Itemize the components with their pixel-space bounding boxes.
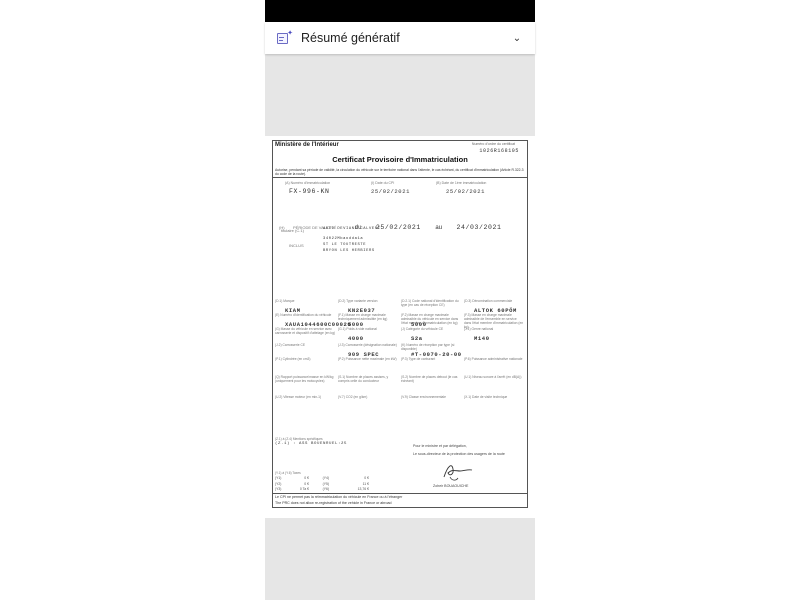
footer-en: The PRC does not allow re-registration o… <box>275 501 391 505</box>
field-label: (D.2.1) Code national d'identification d… <box>401 299 461 307</box>
field-label: (S.1) Nombre de places assises, y compri… <box>338 375 398 383</box>
chevron-down-icon[interactable]: ⌄ <box>505 33 529 44</box>
field-value: S2a <box>411 335 423 342</box>
field-label: (D.3) Dénomination commerciale <box>464 299 524 303</box>
vehicle-field: (D.2) Type variante version <box>338 299 398 303</box>
first-reg-label: (B) Date de 1ère immatriculation <box>436 181 486 185</box>
validity-from: 25/02/2021 <box>376 224 421 231</box>
signature-line1: Pour le ministre et par délégation, <box>413 444 467 448</box>
vehicle-field: (P.3) Type de carburant <box>401 357 461 361</box>
field-label: (S.2) Nombre de places debout (le cas éc… <box>401 375 461 383</box>
vehicle-field: (J.2) Carrosserie CE <box>275 343 335 347</box>
field-label: (G) Masse du véhicule en service avec ca… <box>275 327 335 335</box>
vehicle-field: (U.1) Niveau sonore à l'arrêt (en dB(A)) <box>464 375 524 379</box>
vehicle-field: (V.9) Classe environnementale <box>401 395 461 399</box>
field-value: 4000 <box>348 335 364 342</box>
status-bar <box>265 0 535 22</box>
field-label: (F.1) Masse en charge maximale technique… <box>338 313 398 321</box>
holder-label: titulaire (C.1) <box>281 228 304 233</box>
vehicle-field: (P.1) Cylindrée (en cm3) <box>275 357 335 361</box>
field-label: (K) Numéro de réception par type (si dis… <box>401 343 461 351</box>
document-page: Ministère de l'Intérieur Numéro d'ordre … <box>265 136 535 518</box>
vehicle-field: (V.7) CO2 (en g/km) <box>338 395 398 399</box>
first-reg-date: 25/02/2021 <box>446 188 486 195</box>
vehicle-field: (D.1) Marque <box>275 299 335 303</box>
vehicle-field: (F.2) Masse en charge maximale admissibl… <box>401 313 461 325</box>
field-value: M140 <box>474 335 490 342</box>
field-label: (J) Catégorie du véhicule CE <box>401 327 461 331</box>
field-label: (U.1) Niveau sonore à l'arrêt (en dB(A)) <box>464 375 524 379</box>
mentions-value: (Z.1) : ASS BOUENRUEL:25 <box>275 442 347 446</box>
vehicle-field: (P.2) Puissance nette maximale (en kW) <box>338 357 398 361</box>
tax-cell: 0 Ta € <box>285 487 309 493</box>
vehicle-field: (G.1) Poids à vide national <box>338 327 398 331</box>
field-label: (Q) Rapport puissance/masse en kW/kg (un… <box>275 375 335 383</box>
divider <box>273 493 527 494</box>
vehicle-field: (S.2) Nombre de places debout (le cas éc… <box>401 375 461 383</box>
vehicle-field: (J) Catégorie du véhicule CE <box>401 327 461 331</box>
field-label: (P.2) Puissance nette maximale (en kW) <box>338 357 398 361</box>
vehicle-field: (E) Numéro d'identification du véhicule <box>275 313 335 317</box>
signature-line2: Le sous-directeur de la protection des u… <box>413 452 505 456</box>
divider <box>273 177 527 178</box>
signature-image <box>438 459 478 483</box>
field-label: (J.3) Carrosserie (désignation nationale… <box>338 343 398 347</box>
field-label: (V.7) CO2 (en g/km) <box>338 395 398 399</box>
field-label: (G.1) Poids à vide national <box>338 327 398 331</box>
validity-to: 24/03/2021 <box>457 224 502 231</box>
field-label: (P.6) Puissance administrative nationale <box>464 357 524 361</box>
vehicle-field: (U.2) Vitesse moteur (en min-1) <box>275 395 335 399</box>
vehicle-field: (J.1) Genre national <box>464 327 524 331</box>
vehicle-field: (K) Numéro de réception par type (si dis… <box>401 343 461 351</box>
tax-cell: (Y6) <box>309 487 329 493</box>
mobile-viewer: ✦ Résumé génératif ⌄ Ministère de l'Inté… <box>265 0 535 600</box>
ai-summary-icon: ✦ <box>277 32 291 44</box>
vehicle-field: (D.2.1) Code national d'identification d… <box>401 299 461 307</box>
mentions-label: (Z.1) à (Z.4) Mentions spécifiques <box>275 437 323 441</box>
vehicle-field: (Q) Rapport puissance/masse en kW/kg (un… <box>275 375 335 383</box>
page-gap-bottom <box>265 518 535 600</box>
tax-cell: (Y3) <box>275 487 285 493</box>
registration-number: FX-996-KN <box>289 188 330 195</box>
vehicle-field: (G) Masse du véhicule en service avec ca… <box>275 327 335 335</box>
authorization-text: Autorise, pendant sa période de validité… <box>275 168 525 177</box>
tax-row: (Y3)0 Ta €(Y6)13,76 € <box>275 487 375 493</box>
ministry-name: Ministère de l'Intérieur <box>275 142 339 148</box>
vehicle-field: (X.1) Date de visite technique <box>464 395 524 399</box>
taxes-label: (Y.1) à (Y.6) Taxes <box>275 471 301 475</box>
vehicle-fields: (D.1) MarqueKIAM(D.2) Type variante vers… <box>275 299 527 449</box>
page-gap-top <box>265 54 535 136</box>
field-label: (P.1) Cylindrée (en cm3) <box>275 357 335 361</box>
field-label: (X.1) Date de visite technique <box>464 395 524 399</box>
field-label: (P.3) Type de carburant <box>401 357 461 361</box>
vehicle-field: (S.1) Nombre de places assises, y compri… <box>338 375 398 383</box>
field-label: (V.9) Classe environnementale <box>401 395 461 399</box>
field-label: (F.2) Masse en charge maximale admissibl… <box>401 313 461 325</box>
certificate-title: Certificat Provisoire d'Immatriculation <box>273 155 527 164</box>
field-label: (J.2) Carrosserie CE <box>275 343 335 347</box>
field-label: (U.2) Vitesse moteur (en min-1) <box>275 395 335 399</box>
signatory-name: Zoheir BOUAOUICHE <box>433 484 468 488</box>
cpi-date-label: (I) Date du CPI <box>371 181 410 185</box>
footer-fr: Le CPI ne permet pas la réimmatriculatio… <box>275 495 402 499</box>
generative-summary-bar[interactable]: ✦ Résumé génératif ⌄ <box>265 22 535 54</box>
order-number-label: Numéro d'ordre du certificat <box>472 142 515 146</box>
field-label: (D.2) Type variante version <box>338 299 398 303</box>
cpi-date: 25/02/2021 <box>371 188 410 195</box>
vehicle-field: (P.6) Puissance administrative nationale <box>464 357 524 361</box>
field-label: (E) Numéro d'identification du véhicule <box>275 313 335 317</box>
certificate: Ministère de l'Intérieur Numéro d'ordre … <box>272 140 528 508</box>
vehicle-field: (F.1) Masse en charge maximale technique… <box>338 313 398 321</box>
tax-cell: 13,76 € <box>329 487 369 493</box>
order-number: 1026R168105 <box>479 148 519 154</box>
field-label: (D.1) Marque <box>275 299 335 303</box>
registration-label: (A) Numéro d'immatriculation <box>285 181 330 185</box>
vehicle-field: (D.3) Dénomination commerciale <box>464 299 524 303</box>
taxes-table: (Y1)0 €(Y4)0 €(Y2)0 €(Y5)11 €(Y3)0 Ta €(… <box>275 476 375 493</box>
validity-au: au <box>435 225 442 231</box>
holder-line3: BRYON LES HERBIERS <box>323 248 375 254</box>
holder-name: AUTO DEVIANS CALVERT <box>323 226 381 232</box>
summary-title: Résumé génératif <box>301 31 505 45</box>
field-label: (J.1) Genre national <box>464 327 524 331</box>
validity-suffix: INCLUS <box>289 243 304 248</box>
vehicle-field: (J.3) Carrosserie (désignation nationale… <box>338 343 398 347</box>
